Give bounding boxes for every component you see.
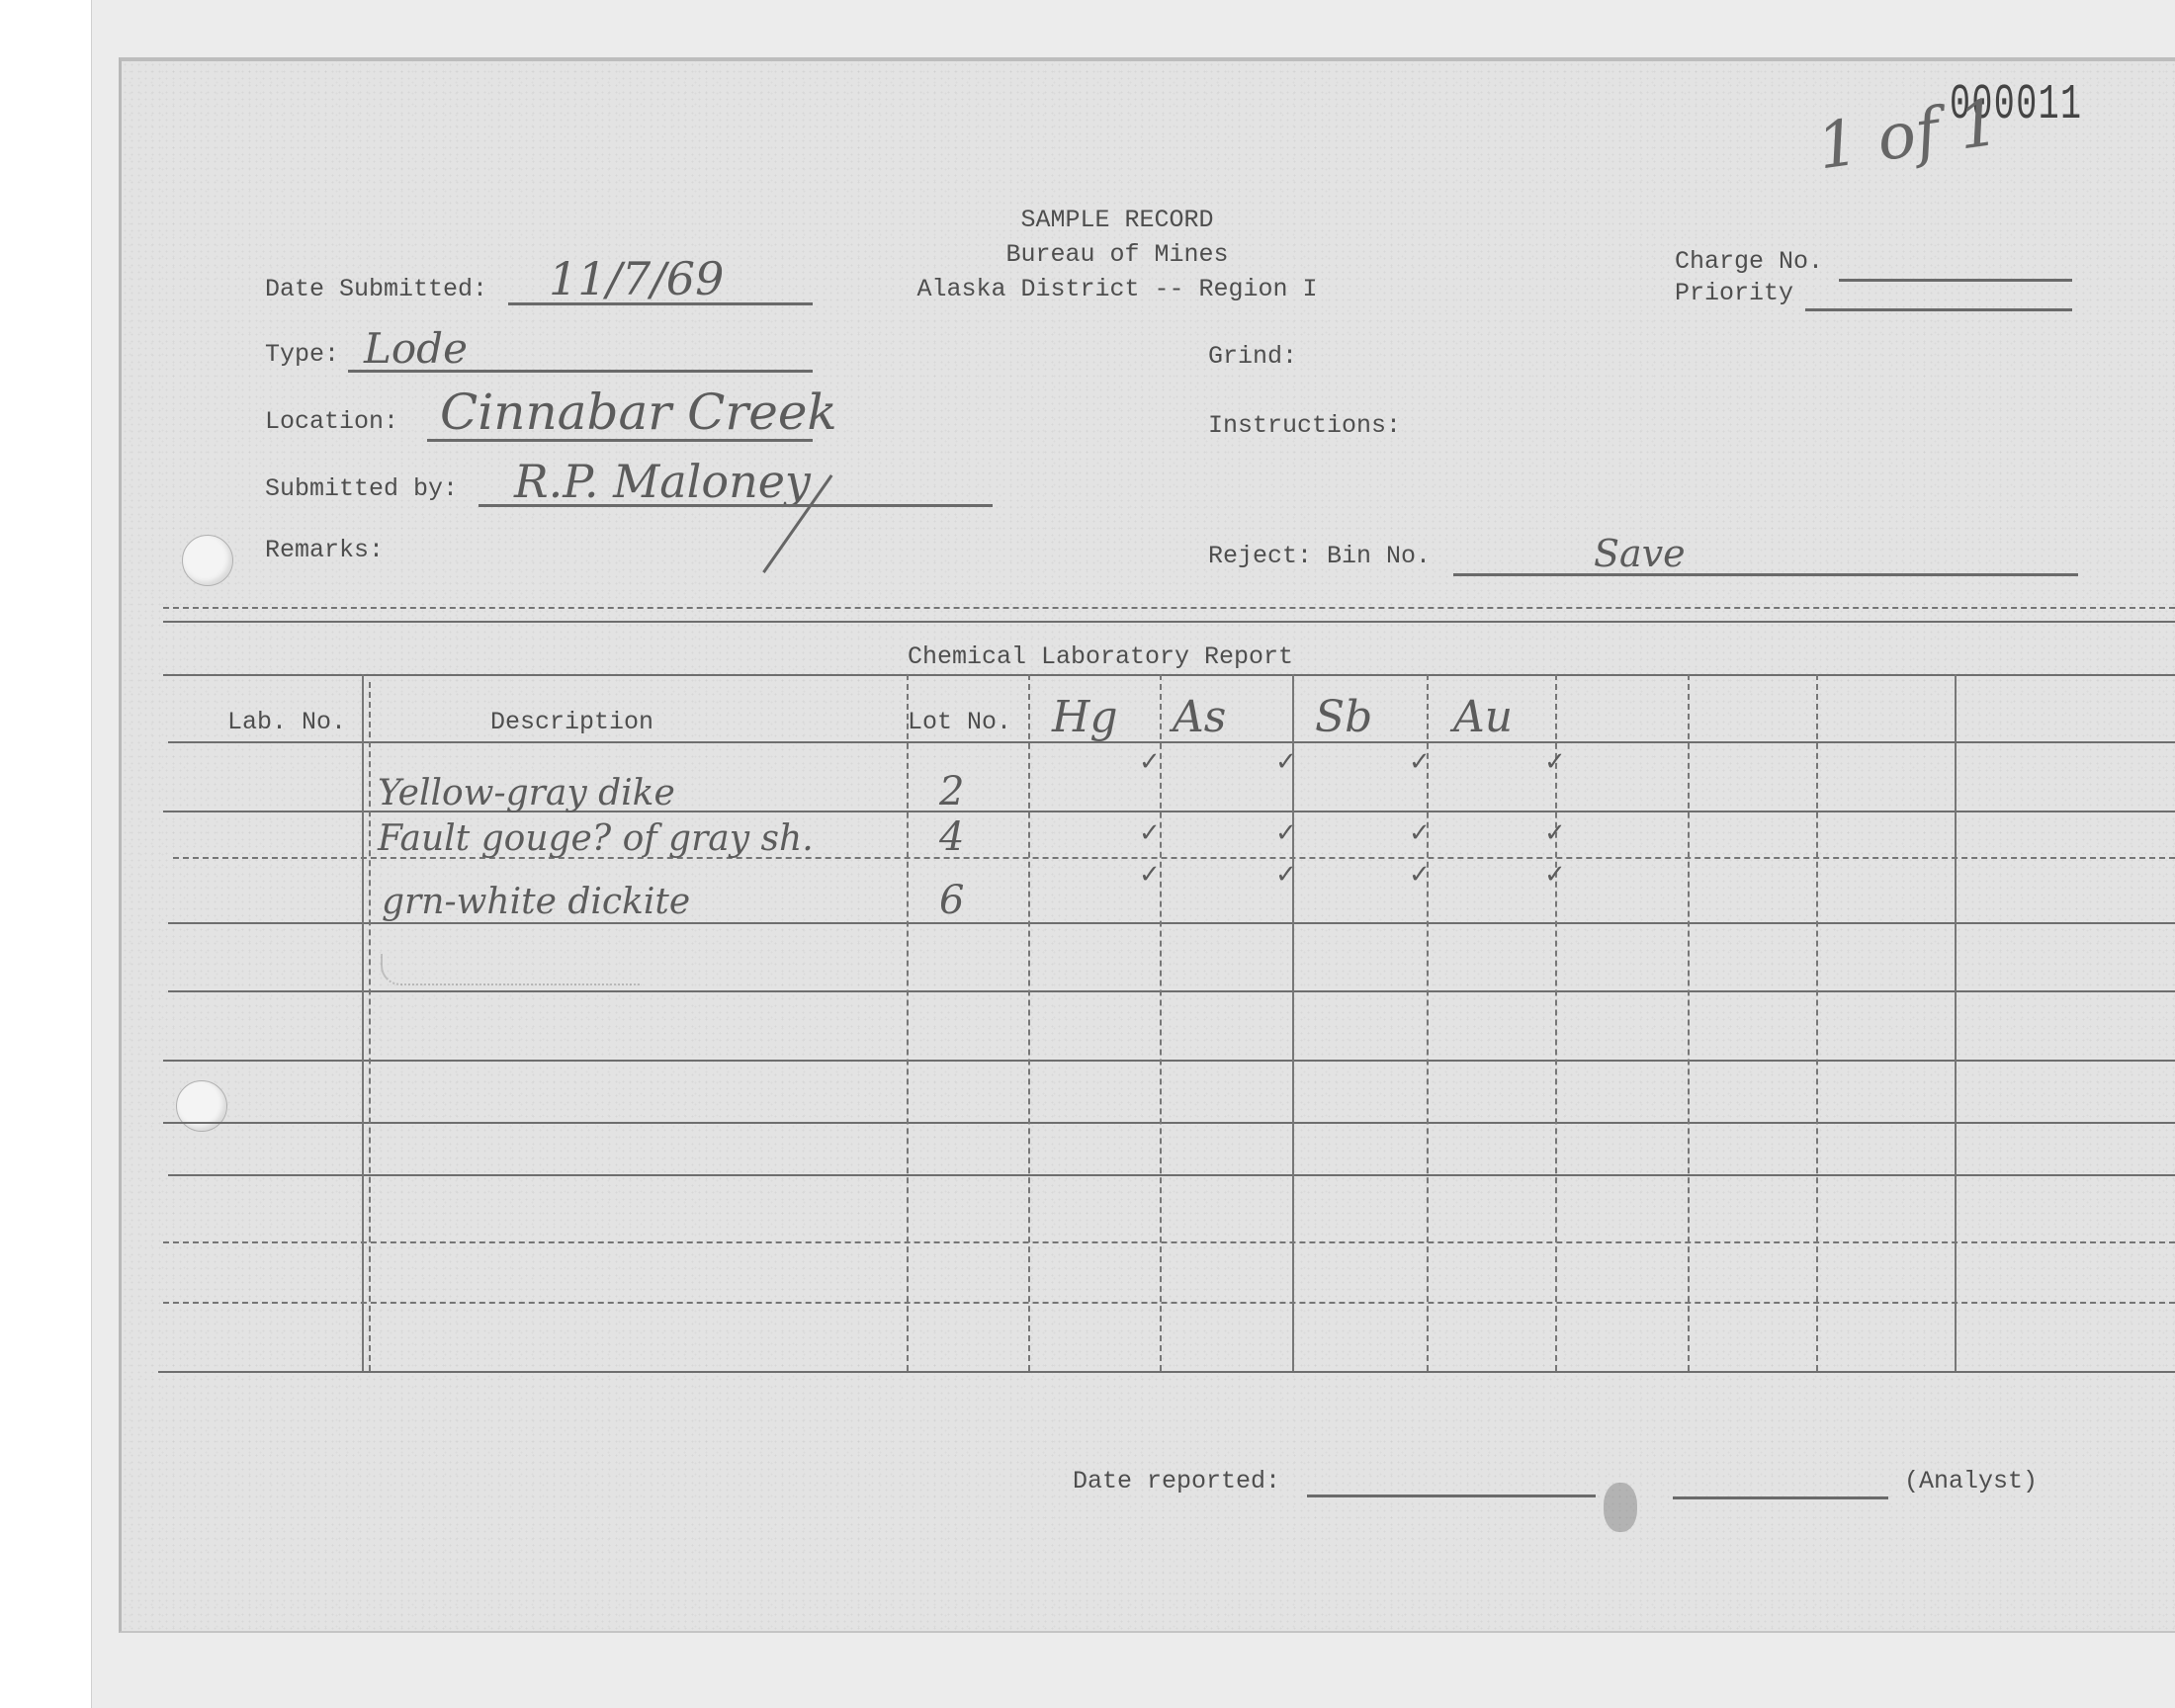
row-2-lot-no[interactable]: 4 bbox=[939, 814, 964, 860]
column-divider-sb bbox=[1427, 674, 1429, 1371]
column-divider-blank-3 bbox=[1955, 674, 1957, 1371]
date-reported-underline bbox=[1307, 1494, 1596, 1497]
table-row-line bbox=[168, 990, 2175, 992]
column-header-lab-no: Lab. No. bbox=[227, 708, 346, 736]
section-divider-1 bbox=[163, 607, 2175, 609]
analyst-label: (Analyst) bbox=[1904, 1467, 2038, 1495]
row-1-lot-no[interactable]: 2 bbox=[939, 769, 964, 814]
column-divider-blank-2 bbox=[1816, 674, 1818, 1371]
date-submitted-value[interactable]: 11/7/69 bbox=[549, 252, 724, 305]
lab-report-title: Chemical Laboratory Report bbox=[908, 642, 1293, 671]
binder-hole-bottom bbox=[176, 1080, 227, 1132]
row-2-sb-check-icon: ✓ bbox=[1409, 818, 1431, 848]
priority-underline bbox=[1805, 308, 2072, 311]
charge-no-underline bbox=[1839, 279, 2072, 282]
location-value[interactable]: Cinnabar Creek bbox=[440, 384, 837, 441]
column-header-sb: Sb bbox=[1315, 692, 1372, 742]
location-underline bbox=[427, 439, 813, 442]
document-subtitle-agency: Bureau of Mines bbox=[870, 240, 1364, 269]
section-divider-2 bbox=[163, 621, 2175, 623]
row-1-description[interactable]: Yellow-gray dike bbox=[378, 773, 675, 813]
column-divider-au bbox=[1555, 674, 1557, 1371]
type-underline bbox=[348, 370, 813, 373]
row-1-sb-check-icon: ✓ bbox=[1409, 747, 1431, 777]
table-row-line bbox=[168, 922, 2175, 924]
erased-handwriting-mark bbox=[381, 954, 640, 985]
document-title: SAMPLE RECORD bbox=[870, 206, 1364, 234]
row-1-au-check-icon: ✓ bbox=[1544, 747, 1566, 777]
column-divider-lab-no-inner bbox=[369, 682, 371, 1371]
column-divider-blank-1 bbox=[1688, 674, 1690, 1371]
submitted-by-value[interactable]: R.P. Maloney bbox=[514, 455, 811, 508]
row-2-description[interactable]: Fault gouge? of gray sh. bbox=[378, 818, 814, 859]
column-divider-lab-no bbox=[362, 674, 364, 1371]
type-label: Type: bbox=[265, 340, 339, 369]
binder-hole-top bbox=[182, 535, 233, 586]
column-header-lot-no: Lot No. bbox=[908, 708, 1011, 736]
table-bottom-line bbox=[158, 1371, 2175, 1373]
table-row-line bbox=[163, 1122, 2175, 1124]
reject-bin-value[interactable]: Save bbox=[1594, 532, 1686, 575]
grind-label: Grind: bbox=[1208, 342, 1297, 371]
row-2-au-check-icon: ✓ bbox=[1544, 818, 1566, 848]
column-divider-as bbox=[1292, 674, 1294, 1371]
table-row-line bbox=[163, 1060, 2175, 1062]
column-divider-lot-no bbox=[1028, 674, 1030, 1371]
row-3-as-check-icon: ✓ bbox=[1275, 860, 1297, 890]
instructions-label: Instructions: bbox=[1208, 411, 1401, 440]
table-top-line bbox=[163, 674, 2175, 676]
column-header-description: Description bbox=[490, 708, 653, 736]
row-1-as-check-icon: ✓ bbox=[1275, 747, 1297, 777]
ink-stain bbox=[1604, 1483, 1637, 1532]
column-header-hg: Hg bbox=[1052, 692, 1118, 742]
row-3-description[interactable]: grn-white dickite bbox=[382, 882, 690, 922]
column-header-as: As bbox=[1173, 692, 1226, 742]
reject-bin-underline bbox=[1453, 573, 2078, 576]
table-row-line bbox=[163, 1241, 2175, 1243]
submitted-by-underline bbox=[478, 504, 993, 507]
submitted-by-label: Submitted by: bbox=[265, 474, 458, 503]
row-3-hg-check-icon: ✓ bbox=[1139, 860, 1161, 890]
table-row-line bbox=[168, 1174, 2175, 1176]
type-value[interactable]: Lode bbox=[364, 324, 468, 373]
table-header-bottom-line bbox=[168, 741, 2175, 743]
row-3-au-check-icon: ✓ bbox=[1544, 860, 1566, 890]
analyst-underline bbox=[1673, 1496, 1888, 1499]
column-header-au: Au bbox=[1453, 692, 1513, 742]
row-3-lot-no[interactable]: 6 bbox=[939, 878, 964, 923]
row-3-sb-check-icon: ✓ bbox=[1409, 860, 1431, 890]
column-divider-hg bbox=[1160, 674, 1162, 1371]
column-divider-description bbox=[907, 674, 909, 1371]
table-row-line bbox=[163, 1302, 2175, 1304]
date-submitted-label: Date Submitted: bbox=[265, 275, 487, 303]
date-submitted-underline bbox=[508, 302, 813, 305]
priority-label: Priority bbox=[1675, 279, 1793, 307]
document-subtitle-region: Alaska District -- Region I bbox=[821, 275, 1414, 303]
reject-bin-label: Reject: Bin No. bbox=[1208, 542, 1431, 570]
location-label: Location: bbox=[265, 407, 398, 436]
charge-no-label: Charge No. bbox=[1675, 247, 1823, 276]
row-2-as-check-icon: ✓ bbox=[1275, 818, 1297, 848]
row-1-hg-check-icon: ✓ bbox=[1139, 747, 1161, 777]
row-2-hg-check-icon: ✓ bbox=[1139, 818, 1161, 848]
remarks-label: Remarks: bbox=[265, 536, 384, 564]
date-reported-label: Date reported: bbox=[1073, 1467, 1280, 1495]
